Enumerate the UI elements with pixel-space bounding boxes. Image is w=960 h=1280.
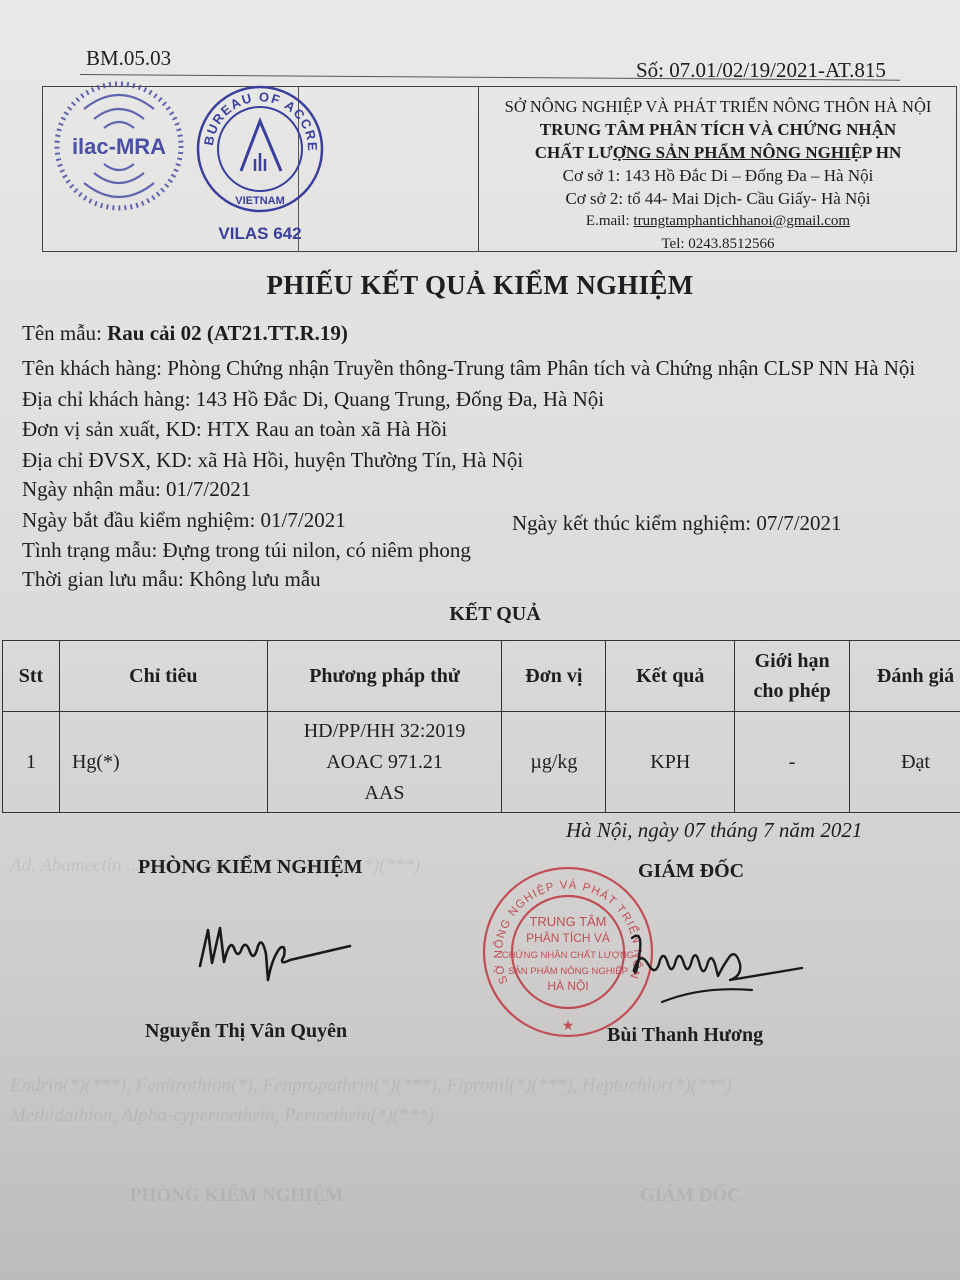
cell-result: KPH (606, 712, 735, 813)
telephone: Tel: 0243.8512566 (483, 233, 953, 256)
svg-text:SẢN PHẨM NÔNG NGHIỆP: SẢN PHẨM NÔNG NGHIỆP (508, 965, 628, 977)
bleed-through-text: Methidathion, Alpha-cypermethrin, Permet… (10, 1105, 434, 1127)
organization-block: SỞ NÔNG NGHIỆP VÀ PHÁT TRIỂN NÔNG THÔN H… (483, 95, 953, 256)
svg-text:VIETNAM: VIETNAM (235, 195, 285, 207)
document-number: Số: 07.01/02/19/2021-AT.815 (636, 58, 886, 83)
bleed-through-text: Endrin(*)(***), Fenitrothion(*), Fenprop… (10, 1075, 732, 1097)
address-1: Cơ sở 1: 143 Hồ Đắc Di – Đống Đa – Hà Nộ… (483, 164, 953, 187)
bleed-through-text: GIÁM ĐỐC (640, 1185, 741, 1207)
col-unit: Đơn vị (502, 641, 606, 712)
svg-text:★: ★ (562, 1017, 575, 1033)
date-place: Hà Nội, ngày 07 tháng 7 năm 2021 (566, 818, 862, 843)
customer-address: Địa chỉ khách hàng: 143 Hồ Đắc Di, Quang… (22, 387, 604, 412)
letterhead: ilac-MRA BUREAU OF ACCREDITATION VIETNAM… (42, 86, 957, 252)
table-header-row: Stt Chỉ tiêu Phương pháp thử Đơn vị Kết … (3, 641, 960, 712)
cell-unit: µg/kg (502, 712, 606, 813)
cell-limit: - (735, 712, 850, 813)
col-stt: Stt (3, 641, 60, 712)
cell-stt: 1 (3, 712, 60, 813)
col-limit: Giới hạn cho phép (735, 641, 850, 712)
col-method: Phương pháp thử (267, 641, 502, 712)
results-table: Stt Chỉ tiêu Phương pháp thử Đơn vị Kết … (2, 640, 960, 813)
ilac-mra-logo-icon: ilac-MRA (49, 81, 189, 211)
svg-text:ilac-MRA: ilac-MRA (72, 134, 166, 159)
col-indicator: Chỉ tiêu (59, 641, 267, 712)
sample-retention: Thời gian lưu mẫu: Không lưu mẫu (22, 567, 321, 592)
signature-right-icon (612, 930, 812, 1010)
cell-evaluation: Đạt (850, 712, 960, 813)
customer-name: Tên khách hàng: Phòng Chứng nhận Truyền … (22, 356, 915, 381)
email-line: E.mail: trungtamphantichhanoi@gmail.com (483, 210, 953, 233)
email-link[interactable]: trungtamphantichhanoi@gmail.com (633, 213, 850, 229)
director-name: Bùi Thanh Hương (607, 1024, 763, 1047)
results-heading: KẾT QUẢ (0, 603, 960, 626)
organization-name-line2: CHẤT LƯỢNG SẢN PHẨM NÔNG NGHIỆP HN (483, 141, 953, 164)
sample-name: Tên mẫu: Rau cải 02 (AT21.TT.R.19) (22, 321, 348, 346)
svg-text:VILAS 642: VILAS 642 (218, 224, 301, 243)
lab-signer-name: Nguyễn Thị Vân Quyên (145, 1020, 347, 1043)
address-2: Cơ sở 2: tổ 44- Mai Dịch- Cầu Giấy- Hà N… (483, 187, 953, 210)
bleed-through-text: PHÒNG KIỂM NGHIỆM (130, 1185, 343, 1207)
letterhead-divider (478, 87, 479, 251)
table-row: 1 Hg(*) HD/PP/HH 32:2019 AOAC 971.21 AAS… (3, 712, 960, 813)
svg-text:PHÂN TÍCH VÀ: PHÂN TÍCH VÀ (526, 930, 610, 945)
parent-department: SỞ NÔNG NGHIỆP VÀ PHÁT TRIỂN NÔNG THÔN H… (483, 95, 953, 118)
test-start-date: Ngày bắt đầu kiểm nghiệm: 01/7/2021 (22, 508, 346, 533)
signature-left-icon (190, 918, 360, 988)
svg-text:TRUNG TÂM: TRUNG TÂM (529, 914, 606, 929)
svg-text:HÀ NỘI: HÀ NỘI (547, 978, 588, 993)
page-title: PHIẾU KẾT QUẢ KIỂM NGHIỆM (0, 270, 960, 301)
received-date: Ngày nhận mẫu: 01/7/2021 (22, 477, 251, 502)
col-evaluation: Đánh giá (850, 641, 960, 712)
boa-accreditation-logo-icon: BUREAU OF ACCREDITATION VIETNAM VILAS 64… (193, 79, 328, 249)
producer-address: Địa chỉ ĐVSX, KD: xã Hà Hồi, huyện Thườn… (22, 448, 523, 473)
cell-method: HD/PP/HH 32:2019 AOAC 971.21 AAS (267, 712, 502, 813)
sample-condition: Tình trạng mẫu: Đựng trong túi nilon, có… (22, 538, 471, 563)
organization-name: TRUNG TÂM PHÂN TÍCH VÀ CHỨNG NHẬN (483, 118, 953, 141)
test-end-date: Ngày kết thúc kiểm nghiệm: 07/7/2021 (512, 511, 842, 536)
lab-department-title: PHÒNG KIỂM NGHIỆM (138, 856, 362, 879)
cell-indicator: Hg(*) (59, 712, 267, 813)
form-code: BM.05.03 (86, 46, 171, 71)
col-result: Kết quả (606, 641, 735, 712)
producer: Đơn vị sản xuất, KD: HTX Rau an toàn xã … (22, 417, 447, 442)
